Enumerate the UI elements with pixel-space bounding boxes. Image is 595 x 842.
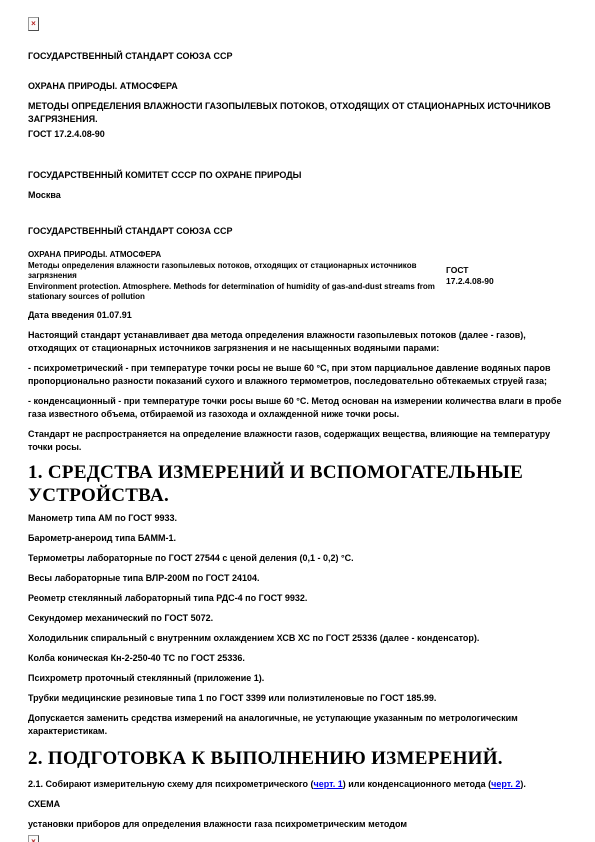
gost-number-line: ГОСТ 17.2.4.08-90 [28, 128, 575, 141]
clause-2-1-text-b: ) или конденсационного метода ( [343, 779, 491, 789]
equipment-item-flask: Колба коническая Кн-2-250-40 ТС по ГОСТ … [28, 652, 575, 665]
title-block-title-en: Environment protection. Atmosphere. Meth… [28, 282, 436, 303]
equipment-item-condenser: Холодильник спиральный с внутренним охла… [28, 632, 575, 645]
equipment-note: Допускается заменить средства измерений … [28, 712, 575, 738]
gost-label: ГОСТ [446, 265, 494, 276]
equipment-item-stopwatch: Секундомер механический по ГОСТ 5072. [28, 612, 575, 625]
clause-2-1-text-a: 2.1. Собирают измерительную схему для пс… [28, 779, 314, 789]
schema-broken-image-row: × [28, 835, 575, 842]
gost-code: 17.2.4.08-90 [446, 276, 494, 287]
equipment-item-tubes: Трубки медицинские резиновые типа 1 по Г… [28, 692, 575, 705]
equipment-item-thermometers: Термометры лабораторные по ГОСТ 27544 с … [28, 552, 575, 565]
document-page: × ГОСУДАРСТВЕННЫЙ СТАНДАРТ СОЮЗА ССР ОХР… [0, 0, 595, 842]
schema-broken-image-icon: × [28, 835, 39, 842]
committee-line: ГОСУДАРСТВЕННЫЙ КОМИТЕТ СССР ПО ОХРАНЕ П… [28, 169, 575, 182]
standard-name-line: ГОСУДАРСТВЕННЫЙ СТАНДАРТ СОЮЗА ССР [28, 50, 575, 63]
effective-date: Дата введения 01.07.91 [28, 309, 575, 322]
equipment-item-psychrometer: Психрометр проточный стеклянный (приложе… [28, 672, 575, 685]
standard-name-line-repeat: ГОСУДАРСТВЕННЫЙ СТАНДАРТ СОЮЗА ССР [28, 225, 575, 238]
title-caps-line: МЕТОДЫ ОПРЕДЕЛЕНИЯ ВЛАЖНОСТИ ГАЗОПЫЛЕВЫХ… [28, 100, 575, 126]
figure-2-link[interactable]: черт. 2 [491, 779, 520, 789]
intro-paragraph-2: - психрометрический - при температуре то… [28, 362, 575, 388]
top-broken-image-row: × [28, 17, 575, 31]
broken-image-icon: × [28, 17, 39, 31]
section-1-heading: 1. СРЕДСТВА ИЗМЕРЕНИЙ И ВСПОМОГАТЕЛЬНЫЕ … [28, 461, 575, 507]
schema-label: СХЕМА [28, 798, 575, 811]
equipment-item-scales: Весы лабораторные типа ВЛР-200М по ГОСТ … [28, 572, 575, 585]
broken-image-x-glyph: × [29, 18, 38, 30]
title-block-gost: ГОСТ 17.2.4.08-90 [446, 265, 494, 287]
intro-paragraph-1: Настоящий стандарт устанавливает два мет… [28, 329, 575, 355]
title-block-subject: ОХРАНА ПРИРОДЫ. АТМОСФЕРА [28, 250, 436, 261]
equipment-item-rheometer: Реометр стеклянный лабораторный типа РДС… [28, 592, 575, 605]
section-2-heading: 2. ПОДГОТОВКА К ВЫПОЛНЕНИЮ ИЗМЕРЕНИЙ. [28, 747, 575, 770]
title-block-left: ОХРАНА ПРИРОДЫ. АТМОСФЕРА Методы определ… [28, 250, 436, 303]
equipment-item-manometer: Манометр типа АМ по ГОСТ 9933. [28, 512, 575, 525]
schema-caption: установки приборов для определения влажн… [28, 818, 575, 831]
equipment-item-barometer: Барометр-анероид типа БАММ-1. [28, 532, 575, 545]
figure-1-link[interactable]: черт. 1 [314, 779, 343, 789]
title-block-title-ru: Методы определения влажности газопылевых… [28, 261, 436, 282]
clause-2-1: 2.1. Собирают измерительную схему для пс… [28, 778, 575, 791]
subject-line: ОХРАНА ПРИРОДЫ. АТМОСФЕРА [28, 80, 575, 93]
intro-paragraph-3: - конденсационный - при температуре точк… [28, 395, 575, 421]
intro-paragraph-4: Стандарт не распространяется на определе… [28, 428, 575, 454]
clause-2-1-text-c: ). [520, 779, 526, 789]
city-line: Москва [28, 189, 575, 202]
title-block: ОХРАНА ПРИРОДЫ. АТМОСФЕРА Методы определ… [28, 250, 575, 303]
schema-broken-image-x-glyph: × [29, 836, 38, 842]
